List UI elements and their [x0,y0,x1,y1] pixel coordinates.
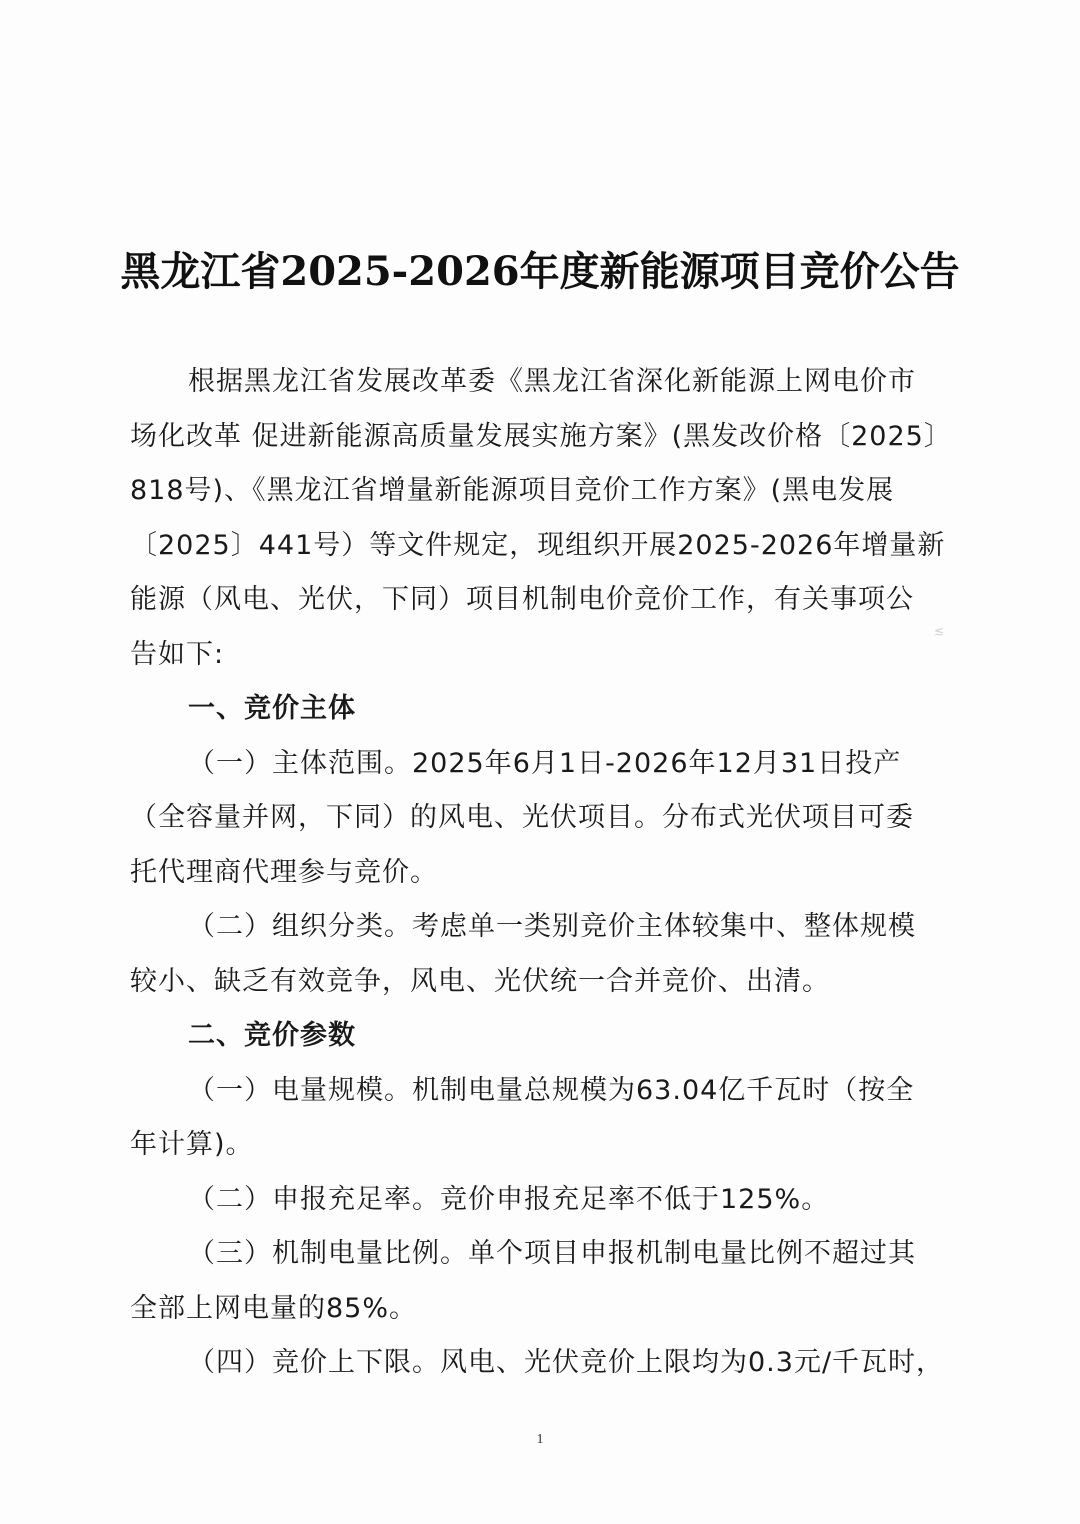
text-line: 〔2025〕441号）等文件规定，现组织开展2025-2026年增量新 [130,519,952,574]
text-line: （四）竞价上下限。风电、光伏竞价上限均为0.3元/千瓦时， [130,1336,952,1391]
text-line: 818号)、《黑龙江省增量新能源项目竞价工作方案》(黑电发展 [130,464,952,519]
page-number: 1 [0,1432,1080,1448]
scan-artifact: ≲ [934,624,944,638]
clause-mechanism-ratio: （三）机制电量比例。单个项目申报机制电量比例不超过其 全部上网电量的85%。 [130,1227,952,1336]
text-line: 根据黑龙江省发展改革委《黑龙江省深化新能源上网电价市 [130,355,952,410]
text-line: （一）电量规模。机制电量总规模为63.04亿千瓦时（按全 [130,1064,952,1119]
text-line: （二）申报充足率。竞价申报充足率不低于125%。 [130,1173,952,1228]
text-line: 全部上网电量的85%。 [130,1282,952,1337]
text-line: 托代理商代理参与竞价。 [130,846,952,901]
text-line: （三）机制电量比例。单个项目申报机制电量比例不超过其 [130,1227,952,1282]
clause-adequacy-rate: （二）申报充足率。竞价申报充足率不低于125%。 [130,1173,952,1228]
text-line: 年计算)。 [130,1118,952,1173]
document-title: 黑龙江省2025-2026年度新能源项目竞价公告 [0,242,1080,302]
clause-energy-scale: （一）电量规模。机制电量总规模为63.04亿千瓦时（按全 年计算)。 [130,1064,952,1173]
section-heading: 二、竞价参数 [130,1009,952,1064]
section-heading: 一、竞价主体 [130,682,952,737]
clause-price-limits: （四）竞价上下限。风电、光伏竞价上限均为0.3元/千瓦时， [130,1336,952,1391]
section-bidding-subject: 一、竞价主体 （一）主体范围。2025年6月1日-2026年12月31日投产 （… [130,682,952,1009]
document-body: 根据黑龙江省发展改革委《黑龙江省深化新能源上网电价市 场化改革 促进新能源高质量… [130,355,952,1391]
document-page: 黑龙江省2025-2026年度新能源项目竞价公告 根据黑龙江省发展改革委《黑龙江… [0,0,1080,1524]
text-line: 较小、缺乏有效竞争，风电、光伏统一合并竞价、出清。 [130,955,952,1010]
clause-organization-category: （二）组织分类。考虑单一类别竞价主体较集中、整体规模 较小、缺乏有效竞争，风电、… [130,900,952,1009]
intro-paragraph: 根据黑龙江省发展改革委《黑龙江省深化新能源上网电价市 场化改革 促进新能源高质量… [130,355,952,682]
text-line: 能源（风电、光伏，下同）项目机制电价竞价工作，有关事项公 [130,573,952,628]
text-line: （二）组织分类。考虑单一类别竞价主体较集中、整体规模 [130,900,952,955]
clause-subject-scope: （一）主体范围。2025年6月1日-2026年12月31日投产 （全容量并网，下… [130,737,952,901]
text-line: （全容量并网，下同）的风电、光伏项目。分布式光伏项目可委 [130,791,952,846]
text-line: （一）主体范围。2025年6月1日-2026年12月31日投产 [130,737,952,792]
text-line: 告如下: [130,628,952,683]
text-line: 场化改革 促进新能源高质量发展实施方案》(黑发改价格〔2025〕 [130,410,952,465]
section-bidding-parameters: 二、竞价参数 （一）电量规模。机制电量总规模为63.04亿千瓦时（按全 年计算)… [130,1009,952,1391]
